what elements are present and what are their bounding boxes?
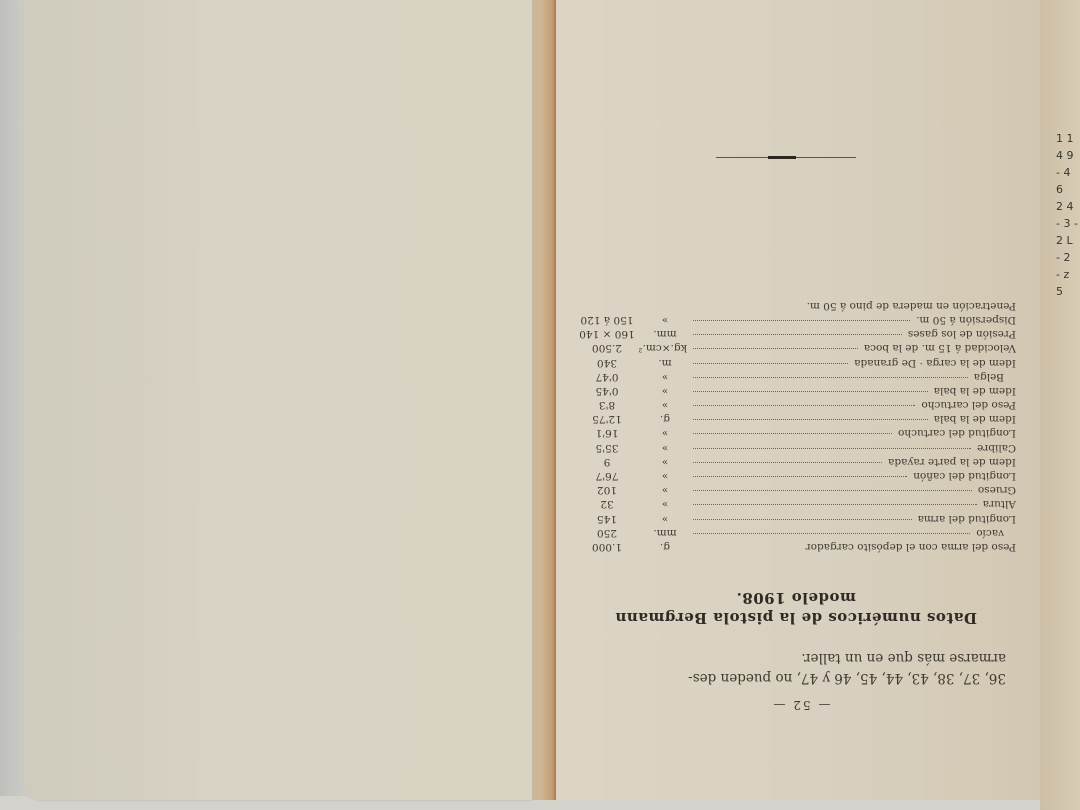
row-label: Peso del cartucho <box>921 398 1016 412</box>
leader-dots <box>693 448 971 449</box>
leader-dots <box>693 377 968 378</box>
row-unit: mm. <box>643 327 687 341</box>
table-row: Velocidad á 15 m. de la bocakg.×cm.²2.50… <box>571 341 1016 355</box>
row-unit: » <box>643 398 687 412</box>
table-row: Dispersión á 50 m.»150 á 120 <box>571 313 1016 327</box>
handwriting-mark: 1 1 <box>1056 130 1080 147</box>
row-unit: » <box>643 483 687 497</box>
row-unit: » <box>643 511 687 525</box>
leader-dots <box>693 363 848 364</box>
row-label: Idem de la carga · De granada <box>854 355 1016 369</box>
leader-dots <box>693 434 892 435</box>
leader-dots <box>693 320 910 321</box>
row-value: 340 <box>571 355 643 369</box>
book-spine <box>532 0 556 800</box>
specifications-table: Peso del arma con el depósito cargadorg.… <box>571 299 1016 554</box>
row-unit: » <box>643 469 687 483</box>
leader-dots <box>693 334 902 335</box>
row-value: 1.000 <box>571 540 643 554</box>
row-unit: g. <box>643 412 687 426</box>
body-paragraph: 36, 37, 38, 43, 44, 45, 46 y 47, no pued… <box>586 648 1006 688</box>
row-value: 32 <box>571 497 643 511</box>
row-unit: » <box>643 440 687 454</box>
row-label: Longitud del arma <box>918 511 1016 525</box>
paragraph-line: 36, 37, 38, 43, 44, 45, 46 y 47, no pued… <box>586 668 1006 688</box>
row-unit: » <box>643 426 687 440</box>
leader-dots <box>693 519 912 520</box>
row-label: Grueso <box>978 483 1016 497</box>
leader-dots <box>693 490 972 491</box>
table-row: Idem de la parte rayada»9 <box>571 455 1016 469</box>
row-label: Velocidad á 15 m. de la boca <box>864 341 1016 355</box>
right-page: — 52 — 36, 37, 38, 43, 44, 45, 46 y 47, … <box>556 0 1046 800</box>
page-number: — 52 — <box>556 698 1046 712</box>
leader-dots <box>693 504 977 505</box>
row-value: 9 <box>571 455 643 469</box>
heading-line: Datos numéricos de la pistola Bergmann <box>576 608 1016 628</box>
table-row: Calibre»35'5 <box>571 441 1016 455</box>
row-label: Presión de los gases <box>908 327 1016 341</box>
handwriting-mark: - 2 <box>1056 249 1080 266</box>
leader-dots <box>693 533 970 534</box>
row-unit: m. <box>643 355 687 369</box>
table-row: vacíomm.250 <box>571 526 1016 540</box>
heading-line: modelo 1908. <box>576 588 1016 608</box>
handwriting-mark: - 3 - <box>1056 215 1080 232</box>
table-row: Idem de la carga · De granadam.340 <box>571 355 1016 369</box>
row-label: Calibre <box>977 440 1016 454</box>
row-unit: mm. <box>643 526 687 540</box>
handwriting-mark: 5 <box>1056 283 1080 300</box>
row-label: Dispersión á 50 m. <box>916 313 1016 327</box>
row-unit: » <box>643 370 687 384</box>
row-value: 0'47 <box>571 370 643 384</box>
row-value: 102 <box>571 483 643 497</box>
table-row: Belga»0'47 <box>571 370 1016 384</box>
handwritten-notes: 1 14 9- 4 62 4- 3 -2 L- 2- z5 <box>1056 130 1080 390</box>
row-value: 12'75 <box>571 412 643 426</box>
row-label: Idem de la parte rayada <box>888 455 1016 469</box>
handwriting-mark: 2 4 <box>1056 198 1080 215</box>
handwriting-mark: 4 9 <box>1056 147 1080 164</box>
row-unit: » <box>643 497 687 511</box>
row-value: 160 × 140 <box>571 327 643 341</box>
rule-ornament <box>768 156 796 159</box>
leader-dots <box>693 419 928 420</box>
row-value: 2.500 <box>571 341 643 355</box>
left-page-blank <box>24 0 532 800</box>
leader-dots <box>693 391 928 392</box>
row-label: Penetración en madera de pino á 50 m. <box>807 299 1016 313</box>
row-value: 8'3 <box>571 398 643 412</box>
leader-dots <box>693 476 907 477</box>
row-value: 145 <box>571 511 643 525</box>
section-heading: Datos numéricos de la pistola Bergmann m… <box>576 588 1016 628</box>
row-label: Longitud del cañón <box>913 469 1016 483</box>
table-row: Longitud del cañón»76'7 <box>571 469 1016 483</box>
table-row: Peso del cartucho»8'3 <box>571 398 1016 412</box>
table-row: Idem de la balag.12'75 <box>571 412 1016 426</box>
paragraph-line: armarse más que en un taller. <box>586 648 1006 668</box>
row-unit: » <box>643 455 687 469</box>
row-value: 250 <box>571 526 643 540</box>
table-row: Peso del arma con el depósito cargadorg.… <box>571 540 1016 554</box>
row-unit: » <box>643 313 687 327</box>
row-label: vacío <box>976 526 1016 540</box>
leader-dots <box>693 462 882 463</box>
row-value: 35'5 <box>571 440 643 454</box>
handwriting-mark: 2 L <box>1056 232 1080 249</box>
table-row: Grueso»102 <box>571 483 1016 497</box>
table-row: Presión de los gasesmm.160 × 140 <box>571 327 1016 341</box>
row-label: Longitud del cartucho <box>898 426 1016 440</box>
table-row: Idem de la bala»0'45 <box>571 384 1016 398</box>
row-value: 150 á 120 <box>571 313 643 327</box>
row-label: Idem de la bala <box>934 384 1016 398</box>
row-value: 16'1 <box>571 426 643 440</box>
row-unit: » <box>643 384 687 398</box>
leader-dots <box>693 405 915 406</box>
row-value: 0'45 <box>571 384 643 398</box>
row-label: Peso del arma con el depósito cargador <box>806 540 1016 554</box>
table-row: Longitud del cartucho»16'1 <box>571 426 1016 440</box>
row-value: 76'7 <box>571 469 643 483</box>
row-unit: g. <box>643 540 687 554</box>
table-row: Penetración en madera de pino á 50 m. <box>571 299 1016 313</box>
row-label: Belga <box>974 370 1016 384</box>
handwriting-mark: - z <box>1056 266 1080 283</box>
row-label: Idem de la bala <box>934 412 1016 426</box>
handwriting-mark: - 4 6 <box>1056 164 1080 198</box>
table-row: Longitud del arma»145 <box>571 511 1016 525</box>
table-row: Altura»32 <box>571 497 1016 511</box>
rotated-page-content: — 52 — 36, 37, 38, 43, 44, 45, 46 y 47, … <box>556 0 1046 800</box>
row-unit: kg.×cm.² <box>643 341 687 355</box>
underlying-page-edge <box>1040 0 1080 810</box>
row-label: Altura <box>983 497 1016 511</box>
leader-dots <box>693 348 858 349</box>
